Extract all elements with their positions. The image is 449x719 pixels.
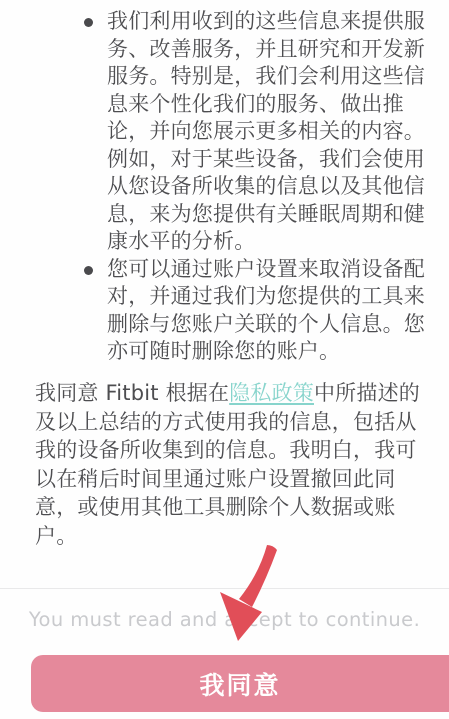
consent-screen: 我们利用收到的这些信息来提供服务、改善服务，并且研究和开发新服务。特别是，我们会… [0, 0, 449, 719]
agree-button[interactable]: 我同意 [31, 655, 449, 712]
privacy-policy-link[interactable]: 隐私政策 [229, 381, 314, 405]
bullet-item-deletion: 您可以通过账户设置来取消设备配对，并通过我们为您提供的工具来删除与您账户关联的个… [107, 256, 429, 366]
footer-divider [0, 588, 449, 589]
consent-text-before-link: 我同意 Fitbit 根据在 [35, 381, 229, 405]
must-accept-notice: You must read and accept to continue. [0, 608, 449, 631]
agree-button-label: 我同意 [31, 666, 449, 702]
bullet-item-usage: 我们利用收到的这些信息来提供服务、改善服务，并且研究和开发新服务。特别是，我们会… [107, 8, 429, 256]
consent-text-after-link: 中所描述的及以上总结的方式使用我的信息，包括从我的设备所收集到的信息。我明白，我… [35, 381, 420, 548]
privacy-bullet-list: 我们利用收到的这些信息来提供服务、改善服务，并且研究和开发新服务。特别是，我们会… [107, 8, 429, 366]
consent-paragraph: 我同意 Fitbit 根据在隐私政策中所描述的及以上总结的方式使用我的信息，包括… [35, 379, 429, 550]
